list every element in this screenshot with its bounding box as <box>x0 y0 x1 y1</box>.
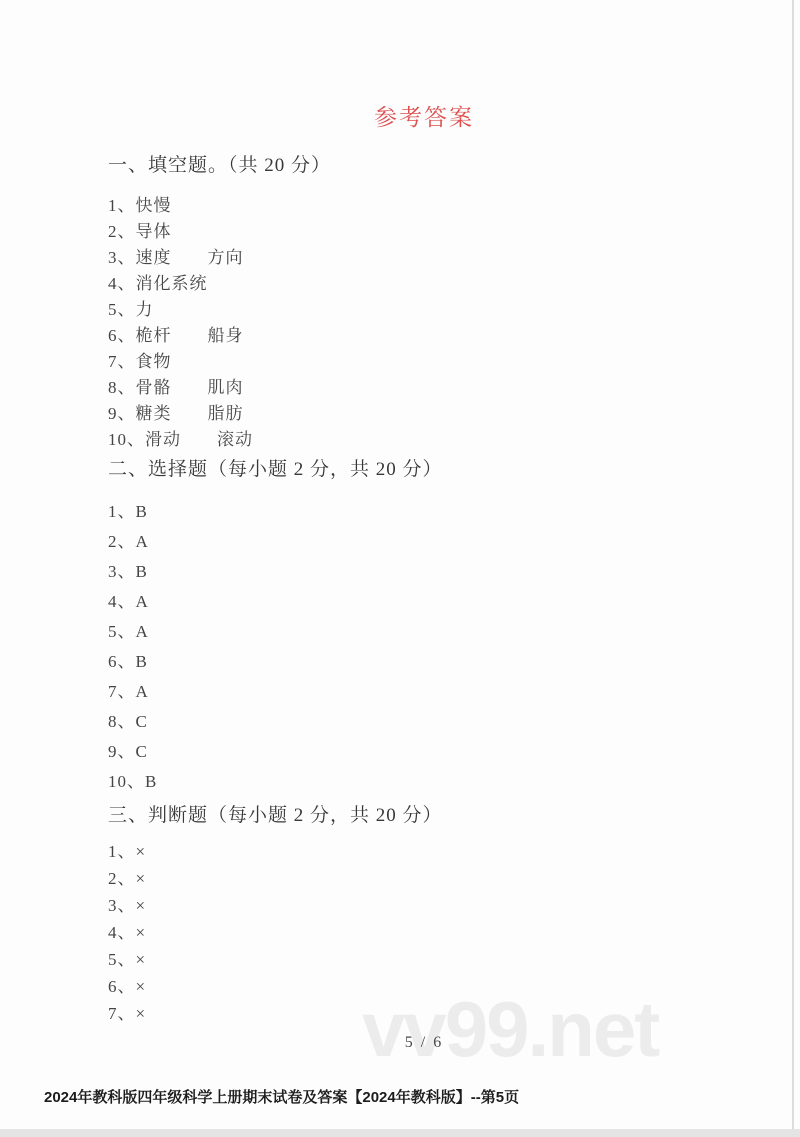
answer-item: 7、A <box>108 682 740 702</box>
answer-item: 7、× <box>108 1004 740 1024</box>
section-multiple-choice: 二、选择题（每小题 2 分，共 20 分） 1、B 2、A 3、B 4、A 5、… <box>108 456 740 792</box>
answer-list: 1、× 2、× 3、× 4、× 5、× 6、× 7、× <box>108 842 740 1024</box>
answer-item: 6、× <box>108 977 740 997</box>
answer-item: 7、食物 <box>108 352 740 372</box>
document-page: vv99.net 参考答案 一、填空题。（共 20 分） 1、快慢 2、导体 3… <box>0 0 800 1137</box>
answer-item: 4、消化系统 <box>108 274 740 294</box>
answer-item: 2、导体 <box>108 222 740 242</box>
answer-item: 4、× <box>108 923 740 943</box>
answer-item: 5、A <box>108 622 740 642</box>
page-content: 参考答案 一、填空题。（共 20 分） 1、快慢 2、导体 3、速度 方向 4、… <box>0 0 800 1052</box>
page-title: 参考答案 <box>108 104 740 132</box>
answer-item: 1、快慢 <box>108 196 740 216</box>
page-right-edge-line <box>792 0 794 1129</box>
answer-item: 10、B <box>108 772 740 792</box>
answer-item: 9、C <box>108 742 740 762</box>
answer-list: 1、B 2、A 3、B 4、A 5、A 6、B 7、A 8、C 9、C 10、B <box>108 502 740 792</box>
answer-item: 2、A <box>108 532 740 552</box>
answer-item: 3、速度 方向 <box>108 248 740 268</box>
answer-list: 1、快慢 2、导体 3、速度 方向 4、消化系统 5、力 6、桅杆 船身 7、食… <box>108 196 740 450</box>
footer-text: 2024年教科版四年级科学上册期末试卷及答案【2024年教科版】--第5页 <box>44 1086 519 1107</box>
answer-item: 6、桅杆 船身 <box>108 326 740 346</box>
answer-item: 9、糖类 脂肪 <box>108 404 740 424</box>
answer-item: 10、滑动 滚动 <box>108 430 740 450</box>
answer-item: 3、× <box>108 896 740 916</box>
answer-item: 6、B <box>108 652 740 672</box>
section-heading: 二、选择题（每小题 2 分，共 20 分） <box>108 456 740 484</box>
section-true-false: 三、判断题（每小题 2 分，共 20 分） 1、× 2、× 3、× 4、× 5、… <box>108 802 740 1024</box>
answer-item: 5、× <box>108 950 740 970</box>
answer-item: 1、B <box>108 502 740 522</box>
section-heading: 一、填空题。（共 20 分） <box>108 152 740 180</box>
page-bottom-edge-strip <box>0 1129 800 1137</box>
section-heading: 三、判断题（每小题 2 分，共 20 分） <box>108 802 740 830</box>
answer-item: 3、B <box>108 562 740 582</box>
answer-item: 1、× <box>108 842 740 862</box>
answer-item: 8、C <box>108 712 740 732</box>
section-fill-in-blanks: 一、填空题。（共 20 分） 1、快慢 2、导体 3、速度 方向 4、消化系统 … <box>108 152 740 450</box>
page-number: 5 / 6 <box>108 1034 740 1052</box>
answer-item: 2、× <box>108 869 740 889</box>
answer-item: 4、A <box>108 592 740 612</box>
answer-item: 5、力 <box>108 300 740 320</box>
answer-item: 8、骨骼 肌肉 <box>108 378 740 398</box>
